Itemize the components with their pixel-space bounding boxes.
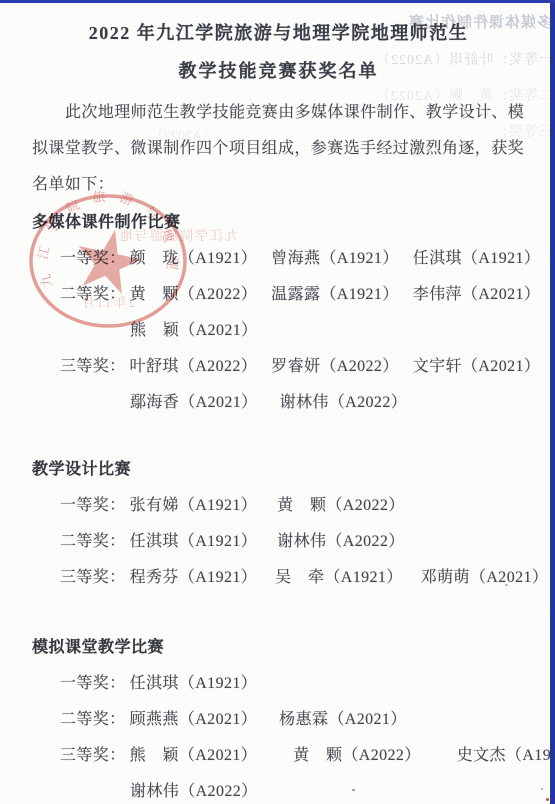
award-entry: 曾海燕（A1921） <box>271 241 399 277</box>
award-entry: 史文杰（A1921） <box>457 738 555 774</box>
award-row: 一等奖： 颜 珑（A1921） 曾海燕（A1921） 任淇琪（A1921） <box>32 241 525 277</box>
award-row-continuation: 谢林伟（A2022） <box>32 774 525 804</box>
award-entry: 谢林伟（A2022） <box>130 774 258 804</box>
award-entry: 鄢海香（A2021） <box>130 385 258 421</box>
award-row: 二等奖： 黄 颗（A2022） 温露露（A1921） 李伟萍（A2021） <box>32 277 525 313</box>
scanned-document-page: 多媒体课件制作比赛 一等奖：叶舒琪（A2022） 二等奖：黄 颗（A2022） … <box>0 0 555 804</box>
award-label: 一等奖： <box>60 666 126 702</box>
section-heading-simulated-classroom: 模拟课堂教学比赛 <box>32 630 525 666</box>
award-label: 三等奖： <box>60 560 126 596</box>
scan-edge-border <box>550 3 555 804</box>
intro-line: 拟课堂教学、微课制作四个项目组成，参赛选手经过激烈角逐，获奖 <box>32 131 525 167</box>
award-row-continuation: 熊 颖（A2021） <box>32 313 525 349</box>
document-title-line1: 2022 年九江学院旅游与地理学院地理师范生 <box>32 15 525 51</box>
award-label: 三等奖： <box>60 738 126 774</box>
award-entry: 谢林伟（A2022） <box>277 524 405 560</box>
award-row: 一等奖： 任淇琪（A1921） <box>32 666 525 702</box>
award-row: 二等奖： 顾燕燕（A2021） 杨惠霖（A2021） <box>32 702 525 738</box>
award-entry: 任淇琪（A1921） <box>130 524 258 560</box>
award-entry: 张有娣（A1921） <box>130 488 258 524</box>
award-entry: 顾燕燕（A2021） <box>130 702 258 738</box>
award-entry: 黄 颗（A2022） <box>130 277 258 313</box>
award-entry: 李伟萍（A2021） <box>413 277 541 313</box>
award-entry: 程秀芬（A1921） <box>130 560 258 596</box>
award-entry: 温露露（A1921） <box>271 277 399 313</box>
award-label: 三等奖： <box>60 349 126 385</box>
scan-speck <box>541 788 543 790</box>
award-entry: 邓萌萌（A2021） <box>421 560 549 596</box>
award-row: 一等奖： 张有娣（A1921） 黄 颗（A2022） <box>32 488 525 524</box>
award-entry: 熊 颖（A2021） <box>130 313 258 349</box>
section-heading-teaching-design: 教学设计比赛 <box>32 452 525 488</box>
award-entry: 任淇琪（A1921） <box>130 666 258 702</box>
award-entry: 文宇轩（A2021） <box>413 349 541 385</box>
award-entry: 杨惠霖（A2021） <box>279 702 407 738</box>
award-row: 三等奖： 熊 颖（A2021） 黄 颗（A2022） 史文杰（A1921） <box>32 738 525 774</box>
award-row-continuation: 鄢海香（A2021） 谢林伟（A2022） <box>32 385 525 421</box>
document-title-line2: 教学技能竞赛获奖名单 <box>32 53 525 89</box>
award-label: 二等奖： <box>60 277 126 313</box>
intro-line: 名单如下： <box>32 167 525 203</box>
intro-line: 此次地理师范生教学技能竞赛由多媒体课件制作、教学设计、模 <box>32 95 525 131</box>
award-entry: 黄 颗（A2022） <box>277 488 405 524</box>
award-entry: 谢林伟（A2022） <box>280 385 408 421</box>
intro-paragraph: 此次地理师范生教学技能竞赛由多媒体课件制作、教学设计、模 拟课堂教学、微课制作四… <box>32 95 525 203</box>
award-row: 二等奖： 任淇琪（A1921） 谢林伟（A2022） <box>32 524 525 560</box>
scan-red-speck <box>546 798 549 801</box>
award-label: 二等奖： <box>60 524 126 560</box>
award-label: 二等奖： <box>60 702 126 738</box>
award-entry: 任淇琪（A1921） <box>413 241 541 277</box>
award-entry: 叶舒琪（A2022） <box>130 349 258 385</box>
award-entry: 熊 颖（A2021） <box>130 738 258 774</box>
award-label: 一等奖： <box>60 488 126 524</box>
document-content: 2022 年九江学院旅游与地理学院地理师范生 教学技能竞赛获奖名单 此次地理师范… <box>0 3 555 804</box>
scan-speck <box>505 584 508 586</box>
award-row: 三等奖： 叶舒琪（A2022） 罗睿妍（A2022） 文宇轩（A2021） <box>32 349 525 385</box>
scan-speck <box>352 789 355 791</box>
award-entry: 颜 珑（A1921） <box>130 241 258 277</box>
award-entry: 吴 牵（A1921） <box>275 560 403 596</box>
award-entry: 黄 颗（A2022） <box>293 738 421 774</box>
award-label: 一等奖： <box>60 241 126 277</box>
award-entry: 罗睿妍（A2022） <box>271 349 399 385</box>
section-heading-multimedia: 多媒体课件制作比赛 <box>32 205 525 241</box>
award-row: 三等奖： 程秀芬（A1921） 吴 牵（A1921） 邓萌萌（A2021） <box>32 560 525 596</box>
